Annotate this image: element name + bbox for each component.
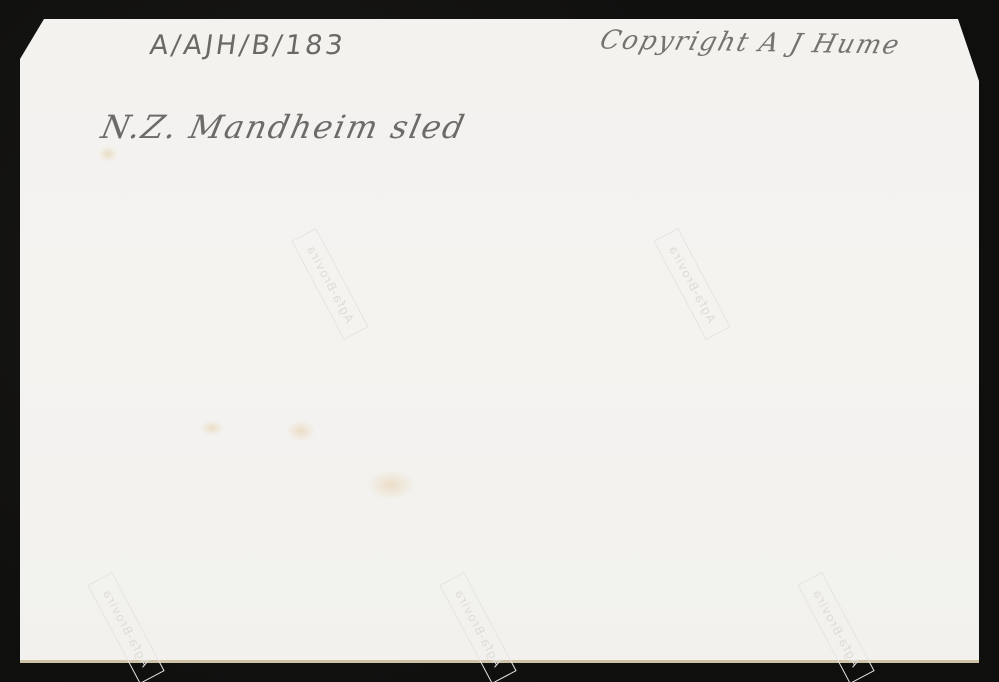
paper-stain (366, 470, 416, 500)
reference-number: A/AJH/B/183 (148, 30, 348, 61)
paper-stain (98, 146, 118, 162)
paper-stain (200, 420, 224, 436)
paper-stain (286, 420, 316, 442)
photo-caption: N.Z. Mandheim sled (98, 108, 470, 146)
copyright-note: Copyright A J Hume (597, 25, 905, 60)
